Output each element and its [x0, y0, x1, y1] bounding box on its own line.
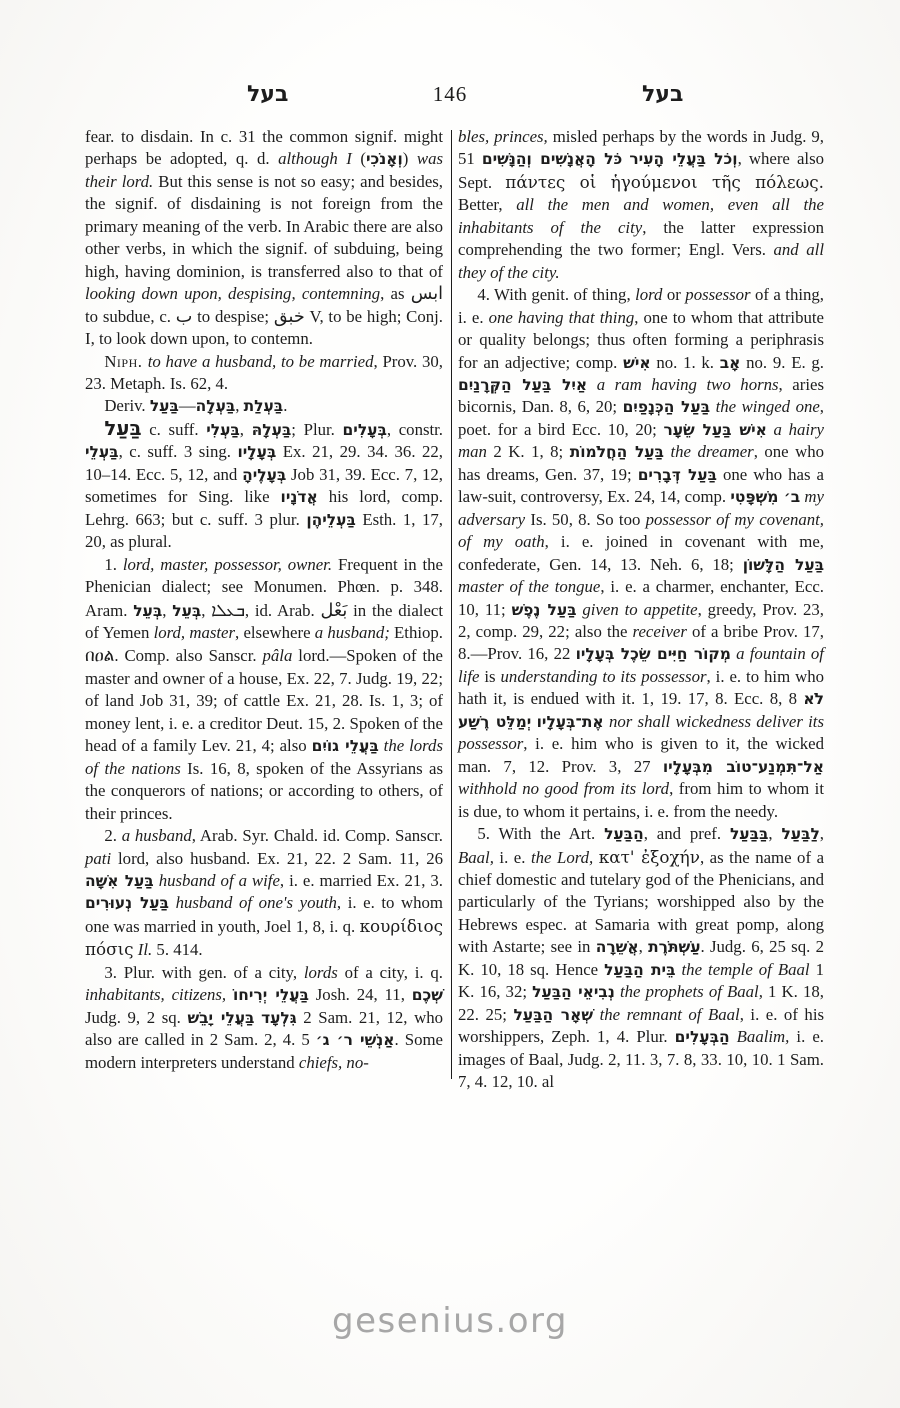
text-segment: Baal,	[458, 848, 494, 867]
text-segment: the temple of Baal	[682, 960, 810, 979]
hebrew-text: נְבִיאֵי הַבַּעַל	[532, 983, 615, 1001]
hebrew-text: בַּעֲלֵי יְרִיחוֹ	[233, 986, 309, 1004]
hebrew-text: גִּלְעָד	[261, 1009, 297, 1027]
text-segment: to have a husband, to be married	[148, 352, 374, 371]
text-segment	[169, 893, 176, 912]
hebrew-text: בַּעֲלֵי גוֹיִם	[312, 737, 379, 755]
hebrew-text: אַיִל בַּעַל הַקְּרָנַיִם	[458, 376, 587, 394]
syriac-text: ܒܥܠܐ	[211, 600, 245, 620]
ethiopic-text: በዐል	[85, 645, 114, 665]
text-segment: ,	[235, 396, 243, 415]
text-segment: lord	[635, 285, 662, 304]
hebrew-text: אֶת־בְּעָלָיו	[537, 713, 604, 731]
text-segment	[767, 420, 774, 439]
text-segment: Baalim,	[737, 1027, 790, 1046]
text-segment: Il.	[138, 940, 152, 959]
hebrew-text: שְׁכֶם	[412, 986, 443, 1004]
text-segment: the prophets of Baal,	[620, 982, 763, 1001]
text-segment: —	[179, 396, 196, 415]
paragraph: 4. With genit. of thing, lord or possess…	[458, 284, 824, 823]
hebrew-text: בַּעַל	[150, 397, 179, 415]
hebrew-text: בַּעַל הַכְּנָפַיִם	[623, 398, 711, 416]
text-segment	[226, 985, 233, 1004]
text-segment: ,	[820, 824, 824, 843]
text-segment: chiefs, no-	[299, 1053, 369, 1072]
hebrew-text: מְקוֹר חַיִּים שֵׂכֶל בְּעָלָיו	[576, 645, 731, 663]
arabic-text: خبق	[274, 307, 305, 327]
left-column: fear. to disdain. In c. 31 the common si…	[85, 126, 443, 1093]
paragraph: 2. a husband, Arab. Syr. Chald. id. Comp…	[85, 825, 443, 962]
text-segment: looking down upon, despising, contemning	[85, 284, 380, 303]
hebrew-text: בַּעְלַת	[244, 397, 284, 415]
text-segment: the winged one	[716, 397, 820, 416]
hebrew-text: אִישׁ בַּעַל שֵׂעָר	[663, 421, 766, 439]
text-segment: , c. suff. 3 sing.	[119, 442, 238, 461]
text-segment: , id. Arab.	[245, 601, 321, 620]
text-segment: one having that thing	[489, 308, 635, 327]
text-segment: the Lord,	[531, 848, 593, 867]
text-segment: pati	[85, 849, 111, 868]
hebrew-text: בַּעְלִי	[206, 421, 240, 439]
hebrew-text: אָב	[720, 354, 741, 372]
text-segment: to subdue, c.	[85, 307, 176, 326]
text-segment: Better,	[458, 195, 516, 214]
text-segment: no. 1. k.	[651, 353, 720, 372]
running-head-right-hebrew-word: בעל	[642, 82, 683, 107]
arabic-text: ابس	[411, 284, 443, 304]
hebrew-text: עַשְׁתֹּרֶת	[648, 938, 700, 956]
text-segment: .	[283, 396, 287, 415]
text-segment: 5. With the Art.	[477, 824, 604, 843]
paragraph: 5. With the Art. הַבַּעַל, and pref. בַּ…	[458, 823, 824, 1093]
page-number: 146	[0, 82, 900, 107]
text-segment: husband of a wife	[159, 871, 280, 890]
text-segment: ,	[201, 601, 211, 620]
text-segment	[730, 1027, 737, 1046]
text-segment: master of the tongue	[458, 577, 600, 596]
text-segment: pâla	[263, 646, 293, 665]
text-segment: to despise;	[192, 307, 273, 326]
greek-text: κατ' ἐξοχήν	[599, 847, 700, 867]
paragraph: Deriv. בַּעַל—בַּעְלָה, בַּעְלַת.	[85, 395, 443, 417]
text-segment: 1.	[104, 555, 123, 574]
text-segment: ,	[768, 824, 781, 843]
hebrew-text: בַּעַל	[104, 417, 141, 440]
hebrew-text: אִישׁ	[623, 354, 651, 372]
paragraph: 3. Plur. with gen. of a city, lords of a…	[85, 962, 443, 1074]
text-segment: , as	[380, 284, 411, 303]
text-segment: possessor	[685, 285, 750, 304]
page-header: בעל 146 בעל	[0, 82, 900, 112]
hebrew-text: לַבַּעַל	[781, 825, 819, 843]
hebrew-text: בַּעַל נֶפֶשׁ	[512, 601, 577, 619]
text-segment: husband of one's youth	[176, 893, 337, 912]
hebrew-text: בְּעָלִים	[343, 421, 387, 439]
text-segment: or	[662, 285, 685, 304]
text-segment: of a city, i. q.	[338, 963, 443, 982]
greek-text: πάντες οἱ ἡγούμενοι τῆς πόλεως.	[505, 172, 824, 192]
hebrew-text: בְּעֵל	[133, 602, 162, 620]
hebrew-text: בַּעַל הַלָּשׁוֹן	[743, 556, 824, 574]
hebrew-text: בְּעָלֶיהָ	[242, 466, 286, 484]
paragraph: 1. lord, master, possessor, owner. Frequ…	[85, 554, 443, 825]
hebrew-text: הַבְּעָלִים	[675, 1028, 730, 1046]
hebrew-text: בַּעַל דְּבָרִים	[638, 466, 717, 484]
arabic-text: ب	[176, 307, 193, 327]
paragraph: bles, princes, misled perhaps by the wor…	[458, 126, 824, 284]
text-segment: , i. e. married Ex. 21, 3.	[280, 871, 443, 890]
column-divider-rule	[451, 130, 452, 1079]
hebrew-text: וְאָנֹכִי	[366, 150, 403, 168]
hebrew-text: בְּעֵל	[172, 602, 201, 620]
hebrew-text: הַבַּעַל	[604, 825, 644, 843]
text-segment: 4. With genit. of thing,	[477, 285, 635, 304]
hebrew-text: אַל־תִּמְנַע־טוֹב מִבְּעָלָיו	[663, 758, 824, 776]
text-segment: . Comp. also Sanscr.	[114, 646, 262, 665]
text-segment: , constr.	[387, 420, 443, 439]
hebrew-text: אֲשֵׁרָה	[596, 938, 639, 956]
text-segment: 5. 414.	[152, 940, 202, 959]
text-segment: lord, also husband. Ex. 21, 22. 2 Sam. 1…	[111, 849, 443, 868]
text-segment: Ethiop.	[390, 623, 443, 642]
text-segment: Niph.	[104, 352, 147, 371]
text-segment: c. suff.	[142, 420, 207, 439]
text-segment: lord, master	[154, 623, 235, 642]
text-segment: lords	[304, 963, 338, 982]
hebrew-text: וְכֹל בַּעֲלֵי הָעִיר	[629, 150, 737, 168]
hebrew-text: ב׳ מִשְׁפָּטִי	[730, 488, 800, 506]
text-segment: Is. 50, 8. So too	[525, 510, 646, 529]
text-segment: 2 K. 1, 8;	[487, 442, 570, 461]
text-segment: , Arab. Syr. Chald. id. Comp. Sanscr.	[192, 826, 443, 845]
hebrew-text: בַּבַּעַל	[730, 825, 768, 843]
paragraph: fear. to disdain. In c. 31 the common si…	[85, 126, 443, 351]
text-segment: Deriv.	[104, 396, 150, 415]
text-segment	[587, 375, 597, 394]
text-segment: given to appetite	[582, 600, 697, 619]
hebrew-text: בַּעְלָה	[196, 397, 236, 415]
text-segment: i. e.	[494, 848, 531, 867]
hebrew-text: בַּעַל נְעוּרִים	[85, 894, 169, 912]
arabic-text: بَعْل	[321, 601, 348, 621]
text-segment: 2.	[104, 826, 121, 845]
hebrew-text: בַּעַל הַחֲלֹמוֹת	[570, 443, 664, 461]
scanned-lexicon-page: { "header": { "left_word": "בעל", "page_…	[0, 0, 900, 1408]
hebrew-text: אֲדֹנָיו	[281, 488, 318, 506]
hebrew-text: בַּעֲלֵי יָבֵשׁ	[187, 1009, 254, 1027]
text-segment: ,	[240, 420, 252, 439]
text-segment: a husband	[122, 826, 192, 845]
text-segment: Josh. 24, 11,	[309, 985, 412, 1004]
hebrew-text: בַּעַל אִשָּׁה	[85, 872, 154, 890]
right-column: bles, princes, misled perhaps by the wor…	[458, 126, 824, 1093]
lexicon-body: fear. to disdain. In c. 31 the common si…	[85, 126, 825, 1093]
hebrew-text: בַּעְלָהּ	[252, 421, 292, 439]
text-segment: )	[403, 149, 417, 168]
text-segment: lord, master, possessor, owner.	[123, 555, 332, 574]
text-segment: although I	[278, 149, 352, 168]
text-segment: (	[352, 149, 366, 168]
text-segment: ,	[639, 937, 649, 956]
text-segment: , elsewhere	[235, 623, 315, 642]
text-segment: withhold no good from its lord	[458, 779, 669, 798]
text-segment: Judg. 9, 2 sq.	[85, 1008, 187, 1027]
text-segment: inhabitants, citizens,	[85, 985, 226, 1004]
paragraph: בַּעַל c. suff. בַּעְלִי, בַּעְלָהּ; Plu…	[85, 418, 443, 554]
paragraph: Niph. to have a husband, to be married, …	[85, 351, 443, 396]
hebrew-text: אַנְשֵׁי ר׳ ג׳	[316, 1031, 395, 1049]
text-segment: is	[479, 667, 500, 686]
text-segment: 3. Plur. with gen. of a city,	[104, 963, 304, 982]
hebrew-text: כֹּל הָאֲנָשִׁים וְהַנָּשִׁים	[482, 150, 622, 168]
text-segment: the remnant of Baal	[600, 1005, 740, 1024]
hebrew-text: בֵּית הַבַּעַל	[604, 961, 675, 979]
hebrew-text: בַּעְלֵיהֶן	[306, 511, 355, 529]
text-segment: ; Plur.	[291, 420, 342, 439]
text-segment: understanding to its possessor	[501, 667, 707, 686]
text-segment: a ram having two horns	[597, 375, 779, 394]
hebrew-text: שְׁאָר הַבַּעַל	[513, 1006, 593, 1024]
text-segment: a husband;	[315, 623, 390, 642]
text-segment: receiver	[633, 622, 687, 641]
text-segment: no. 9. E. g.	[740, 353, 824, 372]
text-segment: the dreamer	[670, 442, 753, 461]
text-segment: , and pref.	[644, 824, 730, 843]
hebrew-text: בְּעָלָיו	[237, 443, 276, 461]
text-segment: ,	[162, 601, 172, 620]
hebrew-text: בַּעְלֵי	[85, 443, 119, 461]
text-segment: bles, princes,	[458, 127, 548, 146]
gesenius-org-watermark: gesenius.org	[0, 1301, 900, 1341]
